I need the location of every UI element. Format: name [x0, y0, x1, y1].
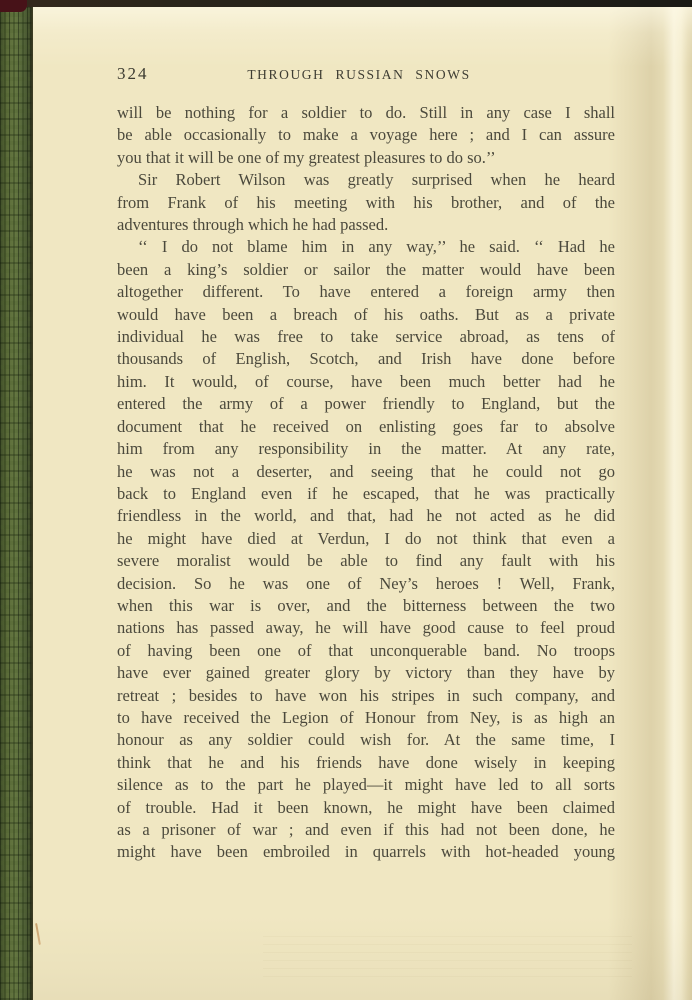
- text-line: silence as to the part he played—it migh…: [117, 774, 615, 796]
- text-line: decision. So he was one of Ney’s heroes …: [117, 573, 615, 595]
- text-line: think that he and his friends have done …: [117, 752, 615, 774]
- text-line: been a king’s soldier or sailor the matt…: [117, 259, 615, 281]
- running-head: 324 THROUGH RUSSIAN SNOWS: [117, 64, 615, 86]
- page-text: will be nothing for a soldier to do. Sti…: [117, 102, 615, 864]
- text-line: of trouble. Had it been known, he might …: [117, 797, 615, 819]
- text-line: altogether different. To have entered a …: [117, 281, 615, 303]
- book-page-scan: 324 THROUGH RUSSIAN SNOWS will be nothin…: [0, 0, 692, 1000]
- text-line: retreat ; besides to have won his stripe…: [117, 685, 615, 707]
- text-line: him. It would, of course, have been much…: [117, 371, 615, 393]
- book-binding: [0, 0, 33, 1000]
- text-line: of having been one of that unconquerable…: [117, 640, 615, 662]
- running-title: THROUGH RUSSIAN SNOWS: [117, 64, 601, 83]
- text-line: ‘‘ I do not blame him in any way,’’ he s…: [117, 236, 615, 258]
- text-line: when this war is over, and the bitternes…: [117, 595, 615, 617]
- text-line: nations has passed away, he will have go…: [117, 617, 615, 639]
- text-line: back to England even if he escaped, that…: [117, 483, 615, 505]
- binding-corner: [0, 0, 27, 12]
- text-line: he was not a deserter, and seeing that h…: [117, 461, 615, 483]
- text-line: would have been a breach of his oaths. B…: [117, 304, 615, 326]
- text-line: adventures through which he had passed.: [117, 214, 615, 236]
- text-line: might have been embroiled in quarrels wi…: [117, 841, 615, 863]
- text-line: severe moralist would be able to find an…: [117, 550, 615, 572]
- text-line: he might have died at Verdun, I do not t…: [117, 528, 615, 550]
- page-number: 324: [117, 64, 149, 84]
- text-line: thousands of English, Scotch, and Irish …: [117, 348, 615, 370]
- text-line: document that he received on enlisting g…: [117, 416, 615, 438]
- text-line: as a prisoner of war ; and even if this …: [117, 819, 615, 841]
- text-line: Sir Robert Wilson was greatly surprised …: [117, 169, 615, 191]
- text-line: you that it will be one of my greatest p…: [117, 147, 615, 169]
- book-top-edge: [0, 0, 692, 7]
- text-line: entered the army of a power friendly to …: [117, 393, 615, 415]
- text-line: honour as any soldier could wish for. At…: [117, 729, 615, 751]
- text-line: have ever gained greater glory by victor…: [117, 662, 615, 684]
- text-line: individual he was free to take service a…: [117, 326, 615, 348]
- text-line: friendless in the world, and that, had h…: [117, 505, 615, 527]
- text-line: be able occasionally to make a voyage he…: [117, 124, 615, 146]
- text-line: him from any responsibility in the matte…: [117, 438, 615, 460]
- text-line: will be nothing for a soldier to do. Sti…: [117, 102, 615, 124]
- text-line: to have received the Legion of Honour fr…: [117, 707, 615, 729]
- page: 324 THROUGH RUSSIAN SNOWS will be nothin…: [33, 7, 692, 1000]
- text-line: from Frank of his meeting with his broth…: [117, 192, 615, 214]
